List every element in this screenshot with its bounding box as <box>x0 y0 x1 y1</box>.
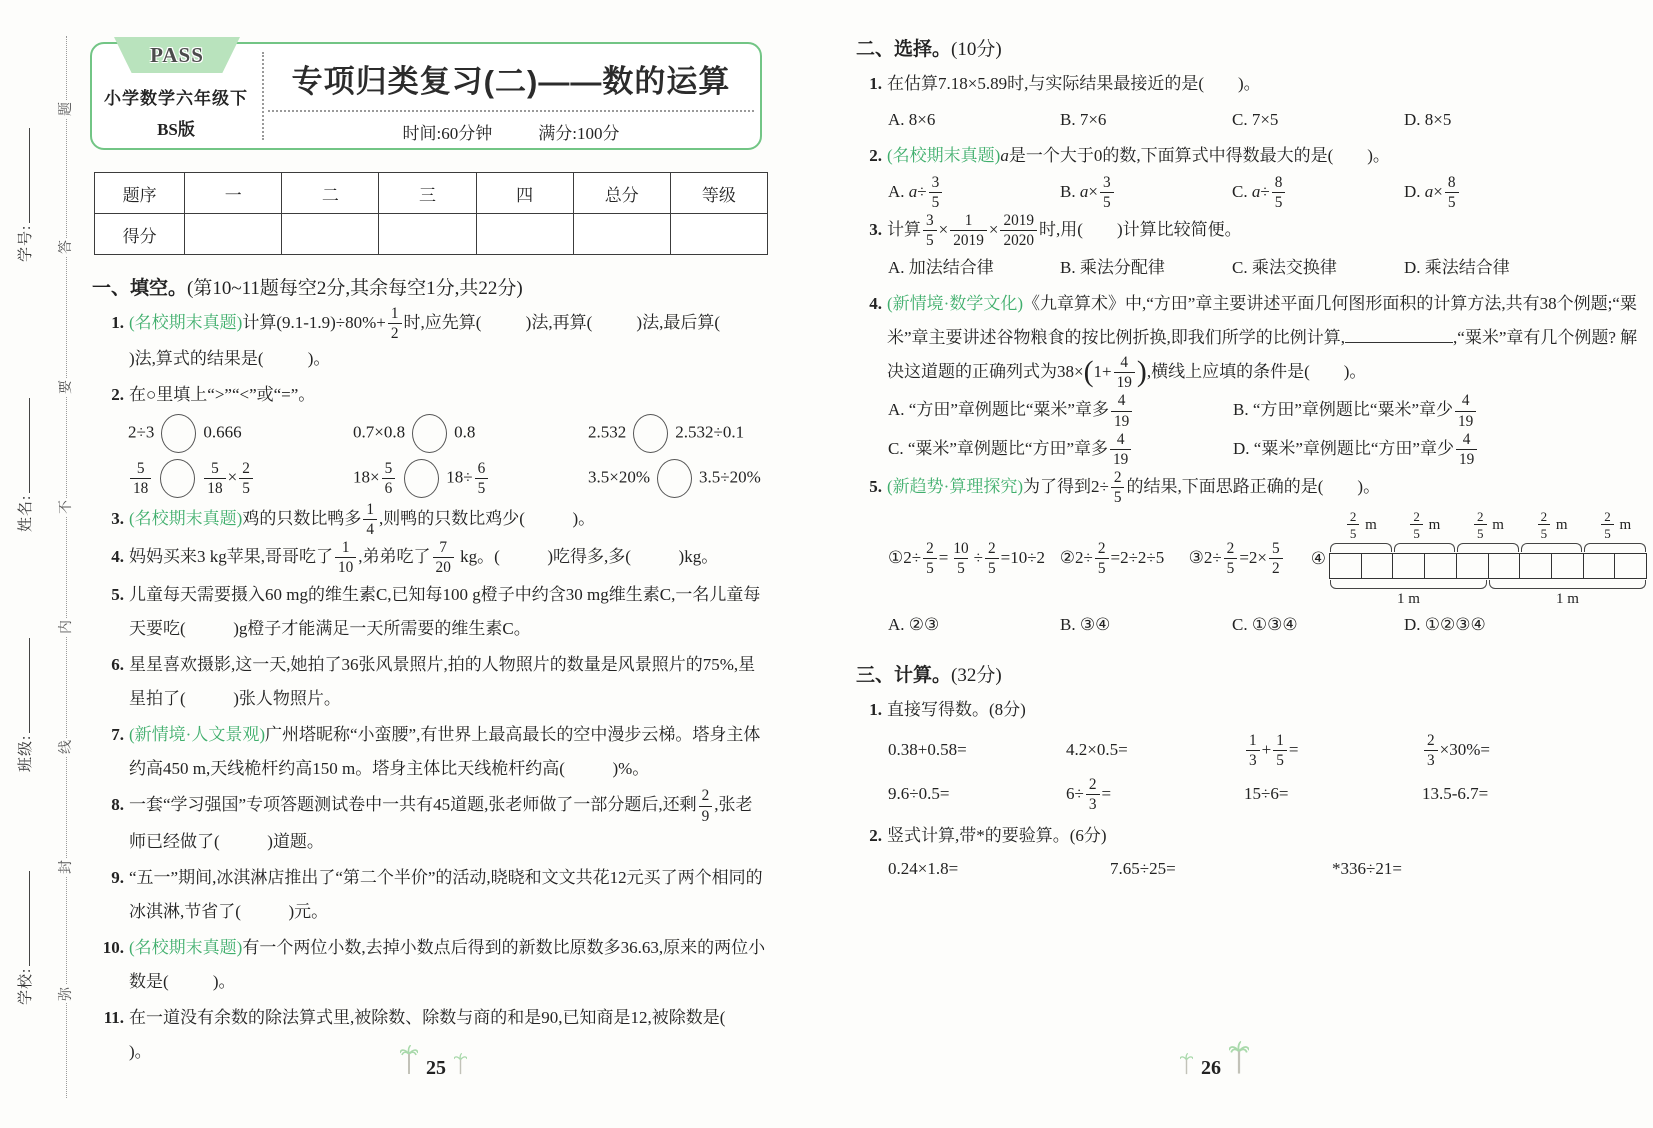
section-calc-heading: 三、计算。(32分) <box>856 660 1647 687</box>
option-d: D. a×85 <box>1404 175 1647 211</box>
left-page-footer: 25 <box>400 1045 467 1080</box>
score-cell <box>185 214 282 255</box>
choice-3-options: A. 加法结合律 B. 乘法分配律 C. 乘法交换律 D. 乘法结合律 <box>888 251 1647 285</box>
choice-1-options: A. 8×6 B. 7×6 C. 7×5 D. 8×5 <box>888 103 1647 137</box>
write-line <box>16 638 30 733</box>
option-b: B. ③④ <box>1060 608 1232 642</box>
option-b: B. 乘法分配律 <box>1060 251 1232 285</box>
score-cell <box>476 214 573 255</box>
palm-tree-icon <box>400 1045 418 1080</box>
section-fill-heading: 一、填空。(第10~11题每空2分,其余每空1分,共22分) <box>92 273 768 300</box>
score-value-row: 得分 <box>95 214 768 255</box>
page-number-left: 25 <box>426 1057 446 1080</box>
fill-question-8: 8. 一套“学习强国”专项答题测试卷中一共有45道题,张老师做了一部分题后,还剩… <box>92 788 768 858</box>
seal-char: 内 <box>58 618 76 636</box>
score-cell <box>282 214 379 255</box>
option-b: B. “方田”章例题比“粟米”章少419 <box>1233 393 1647 429</box>
score-cell <box>670 214 767 255</box>
seal-char: 答 <box>58 238 76 256</box>
score-table: 题序 一 二 三 四 总分 等级 得分 <box>94 172 768 255</box>
option-d: D. ①②③④ <box>1404 608 1647 642</box>
option-a: A. a÷35 <box>888 175 1060 211</box>
write-line <box>16 398 30 493</box>
header-edition: BS版 <box>92 115 260 140</box>
mental-calc-row-2: 9.6÷0.5= 6÷23= 15÷6= 13.5-6.7= <box>888 775 1647 813</box>
fill-question-3: 3. (名校期末真题)鸡的只数比鸭多14,则鸭的只数比鸡少()。 <box>92 502 768 538</box>
calc-item: 4.2×0.5= <box>1066 731 1244 769</box>
calc-item: *336÷21= <box>1332 859 1554 879</box>
calc-item: 9.6÷0.5= <box>888 775 1066 813</box>
header-logo-block: PASS 小学数学六年级下 BS版 <box>92 44 260 148</box>
choice-question-3: 3. 计算35×12019×20192020时,用()计算比较简便。 <box>856 213 1647 249</box>
compare-item: 2.5322.532÷0.1 <box>588 414 768 453</box>
option-a: A. 加法结合律 <box>888 251 1060 285</box>
option-a: A. ②③ <box>888 608 1060 642</box>
choice-4-options: A. “方田”章例题比“粟米”章多419 B. “方田”章例题比“粟米”章少41… <box>888 393 1647 467</box>
calc-sub-1: 1. 直接写得数。(8分) <box>856 693 1647 727</box>
choice-question-2: 2. (名校期末真题)a是一个大于0的数,下面算式中得数最大的是()。 <box>856 139 1647 173</box>
choice-5-options: A. ②③ B. ③④ C. ①③④ D. ①②③④ <box>888 608 1647 642</box>
fill-question-9: 9. “五一”期间,冰淇淋店推出了“第二个半价”的活动,晓晓和文文共花12元买了… <box>92 861 768 929</box>
fill-question-6: 6. 星星喜欢摄影,这一天,她拍了36张风景照片,拍的人物照片的数量是风景照片的… <box>92 648 768 716</box>
name-field: 姓名: <box>14 398 35 532</box>
option-c: C. “粟米”章例题比“方田”章多419 <box>888 432 1233 468</box>
fill-question-4: 4. 妈妈买来3 kg苹果,哥哥吃了110,弟弟吃了720 kg。()吃得多,多… <box>92 540 768 576</box>
school-field: 学校: <box>14 871 35 1005</box>
compare-item: 18×5618÷65 <box>353 459 588 498</box>
calc-item: 15÷6= <box>1244 775 1422 813</box>
sealed-margin: 学号: 姓名: 班级: 学校: 题 答 要 不 内 线 封 弥 <box>0 0 88 1128</box>
compare-item: 2÷30.666 <box>128 414 353 453</box>
write-line <box>16 871 30 966</box>
score-header-row: 题序 一 二 三 四 总分 等级 <box>95 173 768 214</box>
choice-question-4: 4. (新情境·数学文化)《九章算术》中,“方田”章主要讲述平面几何图形面积的计… <box>856 287 1647 391</box>
option-d: D. 8×5 <box>1404 103 1647 137</box>
class-field: 班级: <box>14 638 35 772</box>
student-id-field: 学号: <box>14 128 35 262</box>
seal-char: 封 <box>58 858 76 876</box>
choice-5-approaches: ①2÷25=105÷25=10÷2 ②2÷25=2÷2÷5 ③2÷25=2×52… <box>888 510 1647 608</box>
option-d: D. 乘法结合律 <box>1404 251 1647 285</box>
approach-1: ①2÷25=105÷25=10÷2 <box>888 541 1060 577</box>
seal-char: 题 <box>58 100 76 118</box>
option-a: A. 8×6 <box>888 103 1060 137</box>
fill-question-2: 2. 在○里填上“>”“<”或“=”。 <box>92 378 768 412</box>
option-c: C. 7×5 <box>1232 103 1404 137</box>
palm-tree-icon <box>1180 1053 1193 1080</box>
header-title-block: 专项归类复习(二)——数的运算 时间:60分钟满分:100分 <box>268 44 754 148</box>
option-b: B. a×35 <box>1060 175 1232 211</box>
approach-4: ④ 25 m25 m25 m25 m25 m1 m1 m <box>1311 510 1647 608</box>
seal-char: 要 <box>58 378 76 396</box>
option-b: B. 7×6 <box>1060 103 1232 137</box>
palm-tree-icon <box>454 1053 467 1080</box>
compare-item: 518518×25 <box>128 459 353 498</box>
header-divider <box>262 52 264 140</box>
worksheet-scan: { "margin": { "fields": [ {"label": "学号:… <box>0 0 1653 1128</box>
fill-question-7: 7. (新情境·人文景观)广州塔昵称“小蛮腰”,有世界上最高最长的空中漫步云梯。… <box>92 718 768 786</box>
seal-char: 弥 <box>58 985 76 1003</box>
choice-2-options: A. a÷35 B. a×35 C. a÷85 D. a×85 <box>888 175 1647 211</box>
left-page: PASS 小学数学六年级下 BS版 专项归类复习(二)——数的运算 时间:60分… <box>88 0 768 1071</box>
fill-question-5: 5. 儿童每天需要摄入60 mg的维生素C,已知每100 g橙子中约含30 mg… <box>92 578 768 646</box>
mental-calc-row-1: 0.38+0.58= 4.2×0.5= 13+15= 23×30%= <box>888 731 1647 769</box>
palm-tree-icon <box>1229 1041 1249 1080</box>
compare-item: 3.5×20%3.5÷20% <box>588 459 768 498</box>
paper-header: PASS 小学数学六年级下 BS版 专项归类复习(二)——数的运算 时间:60分… <box>90 42 762 150</box>
compare-grid: 2÷30.666 0.7×0.80.8 2.5322.532÷0.1 51851… <box>128 414 768 498</box>
calc-item: 13.5-6.7= <box>1422 775 1647 813</box>
approach-3: ③2÷25=2×52 <box>1189 541 1311 577</box>
calc-item: 0.38+0.58= <box>888 731 1066 769</box>
score-cell <box>573 214 670 255</box>
vertical-calc-row: 0.24×1.8= 7.65÷25= *336÷21= <box>888 859 1647 879</box>
right-page: 二、选择。(10分) 1. 在估算7.18×5.89时,与实际结果最接近的是()… <box>852 0 1647 879</box>
calc-item: 6÷23= <box>1066 775 1244 813</box>
calc-item: 0.24×1.8= <box>888 859 1110 879</box>
calc-item: 7.65÷25= <box>1110 859 1332 879</box>
paper-meta: 时间:60分钟满分:100分 <box>268 119 754 144</box>
compare-item: 0.7×0.80.8 <box>353 414 588 453</box>
seal-char: 线 <box>58 738 76 756</box>
header-subtitle: 小学数学六年级下 <box>92 84 260 109</box>
tape-diagram: 25 m25 m25 m25 m25 m1 m1 m <box>1329 510 1647 608</box>
calc-item: 23×30%= <box>1422 731 1647 769</box>
fill-question-10: 10. (名校期末真题)有一个两位小数,去掉小数点后得到的新数比原数多36.63… <box>92 931 768 999</box>
seal-char: 不 <box>58 498 76 516</box>
score-cell <box>379 214 476 255</box>
section-choice-heading: 二、选择。(10分) <box>856 34 1647 61</box>
write-line <box>16 128 30 223</box>
page-number-right: 26 <box>1201 1057 1221 1080</box>
choice-question-1: 1. 在估算7.18×5.89时,与实际结果最接近的是()。 <box>856 67 1647 101</box>
option-c: C. a÷85 <box>1232 175 1404 211</box>
seal-dotted-line <box>66 36 67 1098</box>
approach-2: ②2÷25=2÷2÷5 <box>1060 541 1189 577</box>
calc-item: 13+15= <box>1244 731 1422 769</box>
right-page-footer: 26 <box>1180 1041 1249 1080</box>
paper-title: 专项归类复习(二)——数的运算 <box>268 56 754 101</box>
option-d: D. “粟米”章例题比“方田”章少419 <box>1233 432 1647 468</box>
option-a: A. “方田”章例题比“粟米”章多419 <box>888 393 1233 429</box>
calc-sub-2: 2. 竖式计算,带*的要验算。(6分) <box>856 819 1647 853</box>
option-c: C. 乘法交换律 <box>1232 251 1404 285</box>
pass-badge: PASS <box>114 37 240 73</box>
header-dotted-rule <box>268 110 754 112</box>
fill-question-1: 1. (名校期末真题)计算(9.1-1.9)÷80%+12时,应先算()法,再算… <box>92 306 768 376</box>
choice-question-5: 5. (新趋势·算理探究)为了得到2÷25的结果,下面思路正确的是()。 <box>856 470 1647 506</box>
option-c: C. ①③④ <box>1232 608 1404 642</box>
